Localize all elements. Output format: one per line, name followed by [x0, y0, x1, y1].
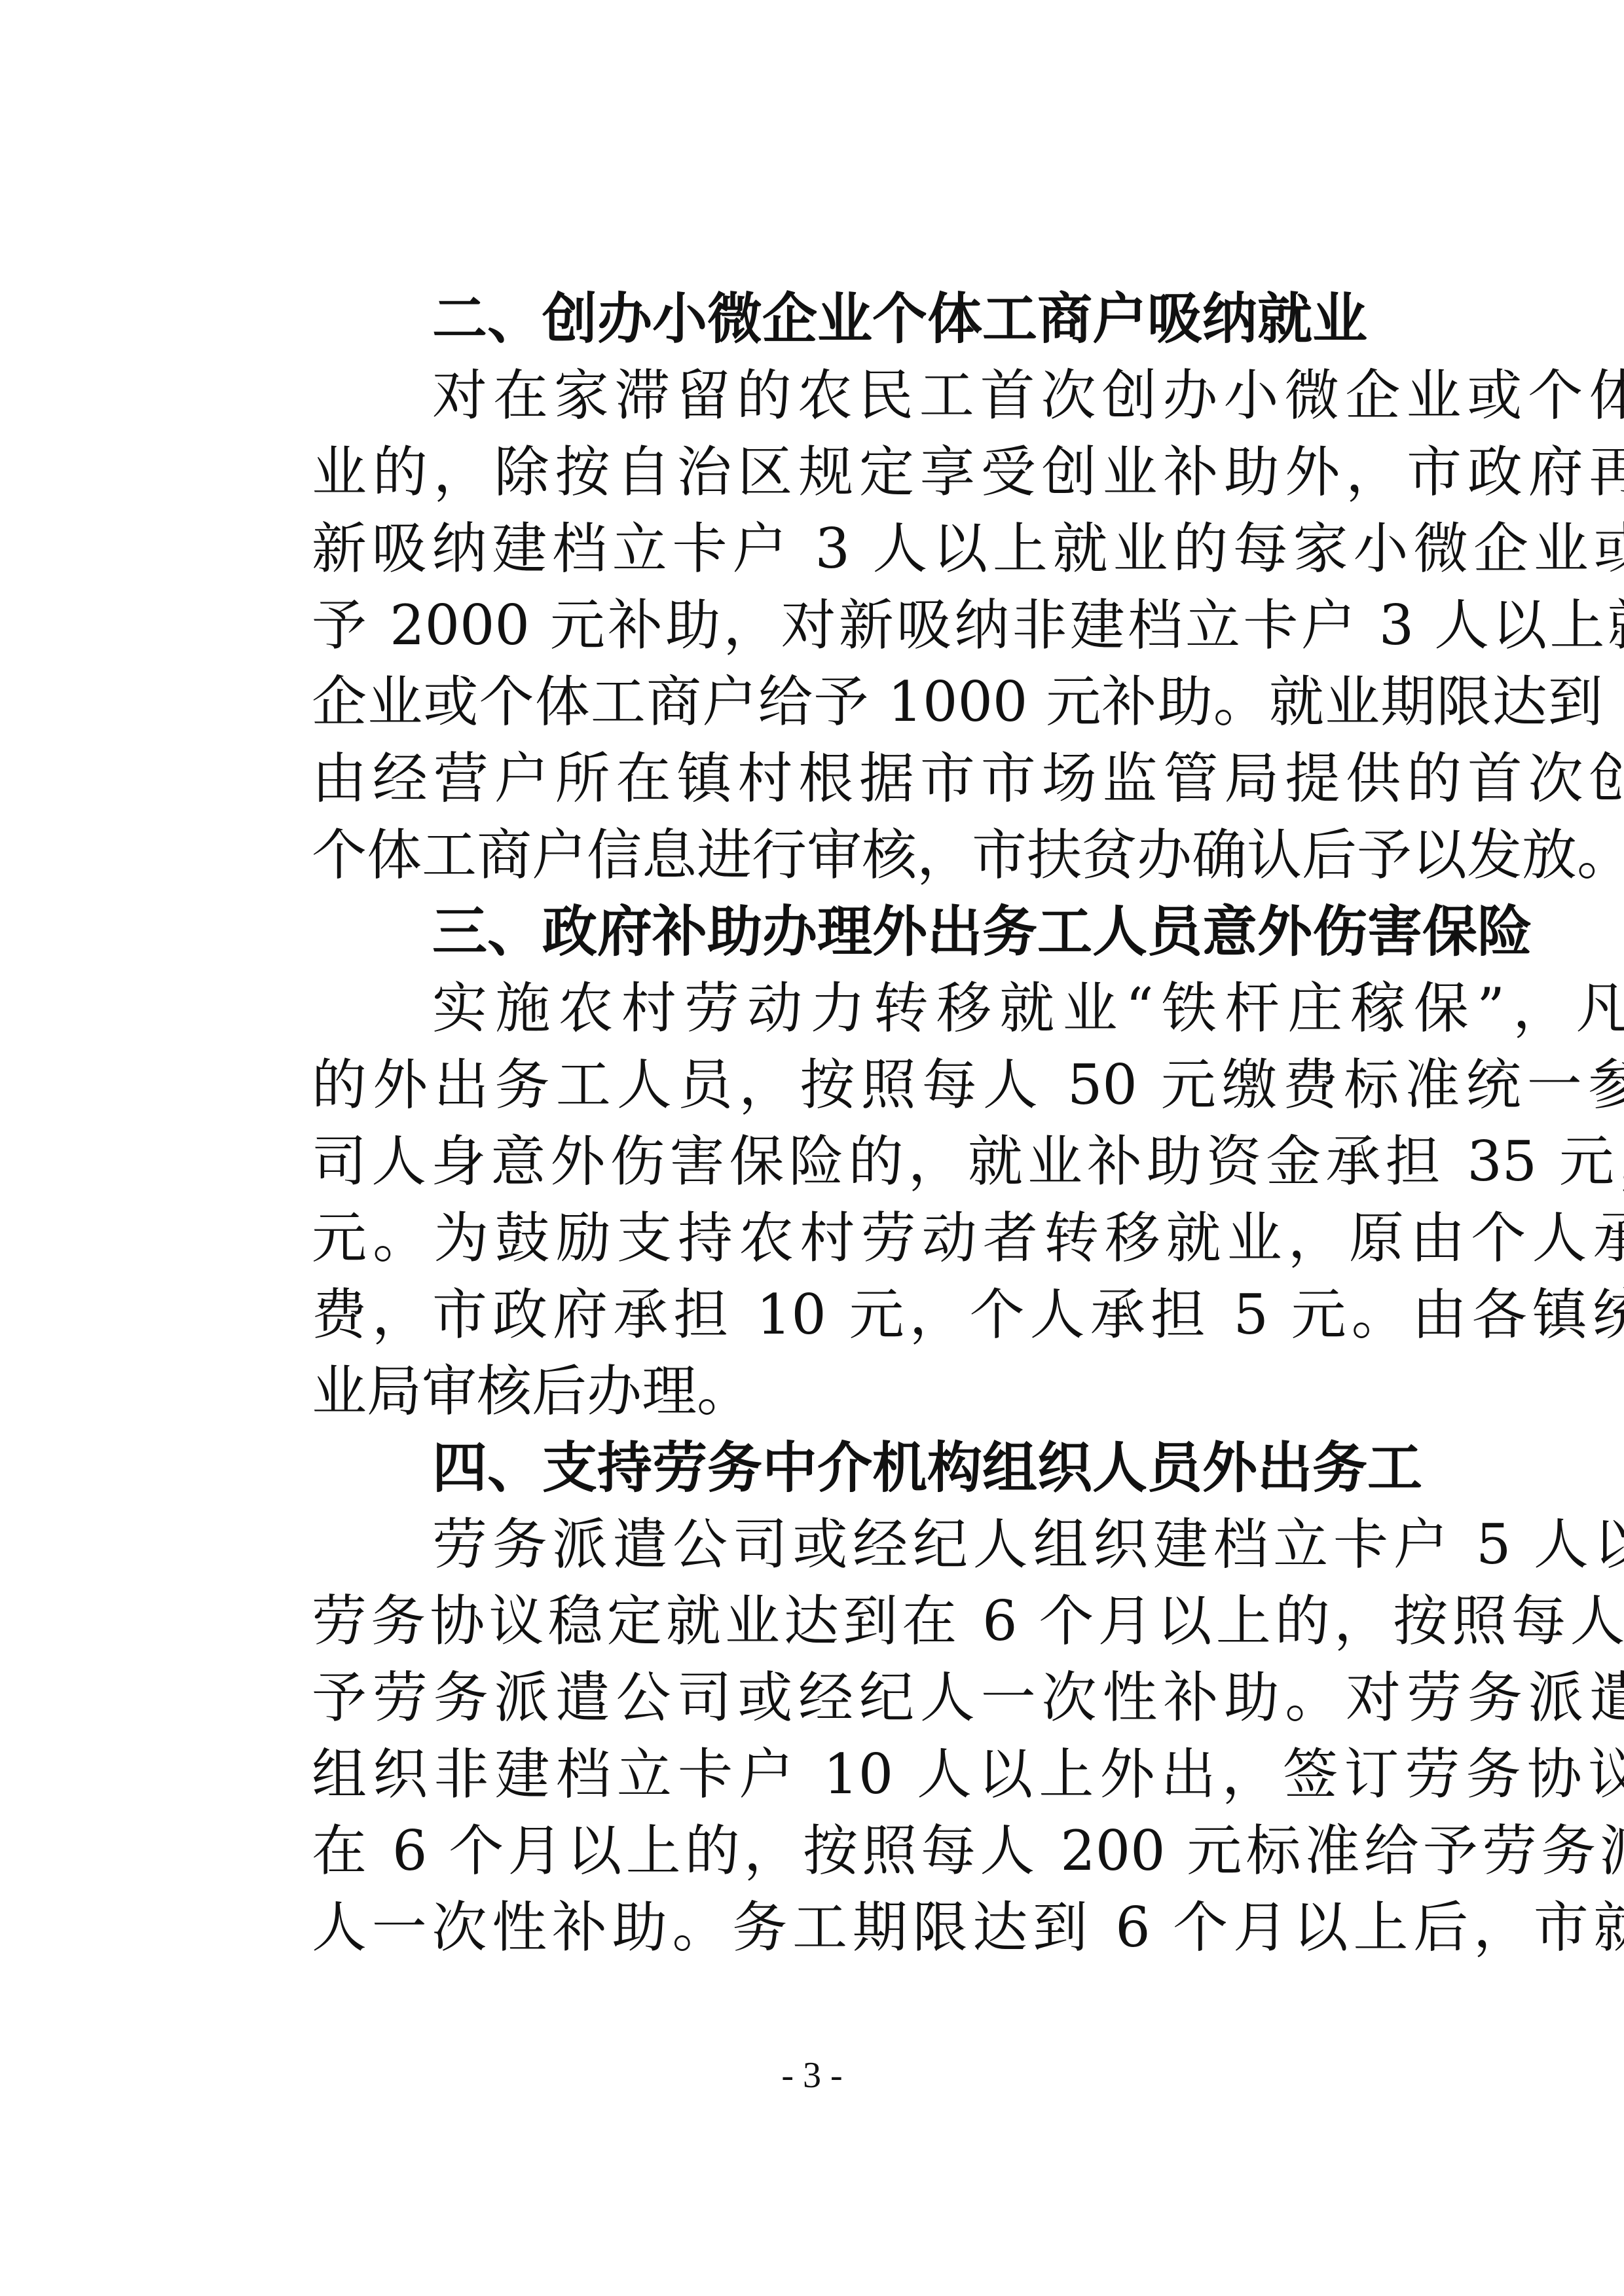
page-number: - 3 -	[0, 2043, 1624, 2108]
section-heading-4: 四、支持劳务中介机构组织人员外出务工	[432, 1430, 1422, 1506]
paragraph-line: 实施农村劳动力转移就业“铁杆庄稼保”，凡本市农村户籍	[432, 970, 1624, 1047]
paragraph-line: 个体工商户信息进行审核，市扶贫办确认后予以发放。	[312, 817, 1624, 894]
paragraph-line: 劳务协议稳定就业达到在 6 个月以上的，按照每人 300 元标准给	[312, 1583, 1624, 1660]
paragraph-line: 元。为鼓励支持农村劳动者转移就业，原由个人承担的 15 元保	[312, 1200, 1624, 1277]
paragraph-line: 业的，除按自治区规定享受创业补助外，市政府再予以扶持。对	[312, 434, 1624, 511]
paragraph-line: 的外出务工人员，按照每人 50 元缴费标准统一参加中标保险公	[312, 1047, 1624, 1123]
paragraph-line: 由经营户所在镇村根据市市场监管局提供的首次创办小微企业或	[312, 740, 1624, 817]
paragraph-line: 司人身意外伤害保险的，就业补助资金承担 35 元，个人承担 15	[312, 1123, 1624, 1200]
paragraph-line: 劳务派遣公司或经纪人组织建档立卡户 5 人以上外出，签订	[432, 1506, 1624, 1583]
paragraph-line: 费，市政府承担 10 元，个人承担 5 元。由各镇统计初审，市就	[312, 1277, 1624, 1353]
paragraph-line: 对在家滞留的农民工首次创办小微企业或个体工商户带动就	[432, 357, 1624, 434]
paragraph-line: 企业或个体工商户给予 1000 元补助。就业期限达到 6 个月以上的，	[312, 664, 1624, 740]
paragraph-line: 业局审核后办理。	[312, 1353, 1624, 1430]
paragraph-line: 组织非建档立卡户 10 人以上外出，签订劳务协议稳定就业达到	[312, 1736, 1624, 1813]
paragraph-line: 人一次性补助。务工期限达到 6 个月以上后，市就业局按照建档	[312, 1889, 1624, 1966]
document-page: 二、创办小微企业个体工商户吸纳就业 对在家滞留的农民工首次创办小微企业或个体工商…	[0, 0, 1624, 2296]
paragraph-line: 在 6 个月以上的，按照每人 200 元标准给予劳务派遣公司或经纪	[312, 1813, 1624, 1889]
section-heading-3: 三、政府补助办理外出务工人员意外伤害保险	[432, 894, 1532, 970]
paragraph-line: 予 2000 元补助，对新吸纳非建档立卡户 3 人以上就业的每家小微	[312, 587, 1624, 664]
paragraph-line: 予劳务派遣公司或经纪人一次性补助。对劳务派遣公司或经纪人	[312, 1660, 1624, 1736]
paragraph-line: 新吸纳建档立卡户 3 人以上就业的每家小微企业或个体工商户给	[312, 511, 1624, 587]
section-heading-2: 二、创办小微企业个体工商户吸纳就业	[432, 281, 1367, 357]
